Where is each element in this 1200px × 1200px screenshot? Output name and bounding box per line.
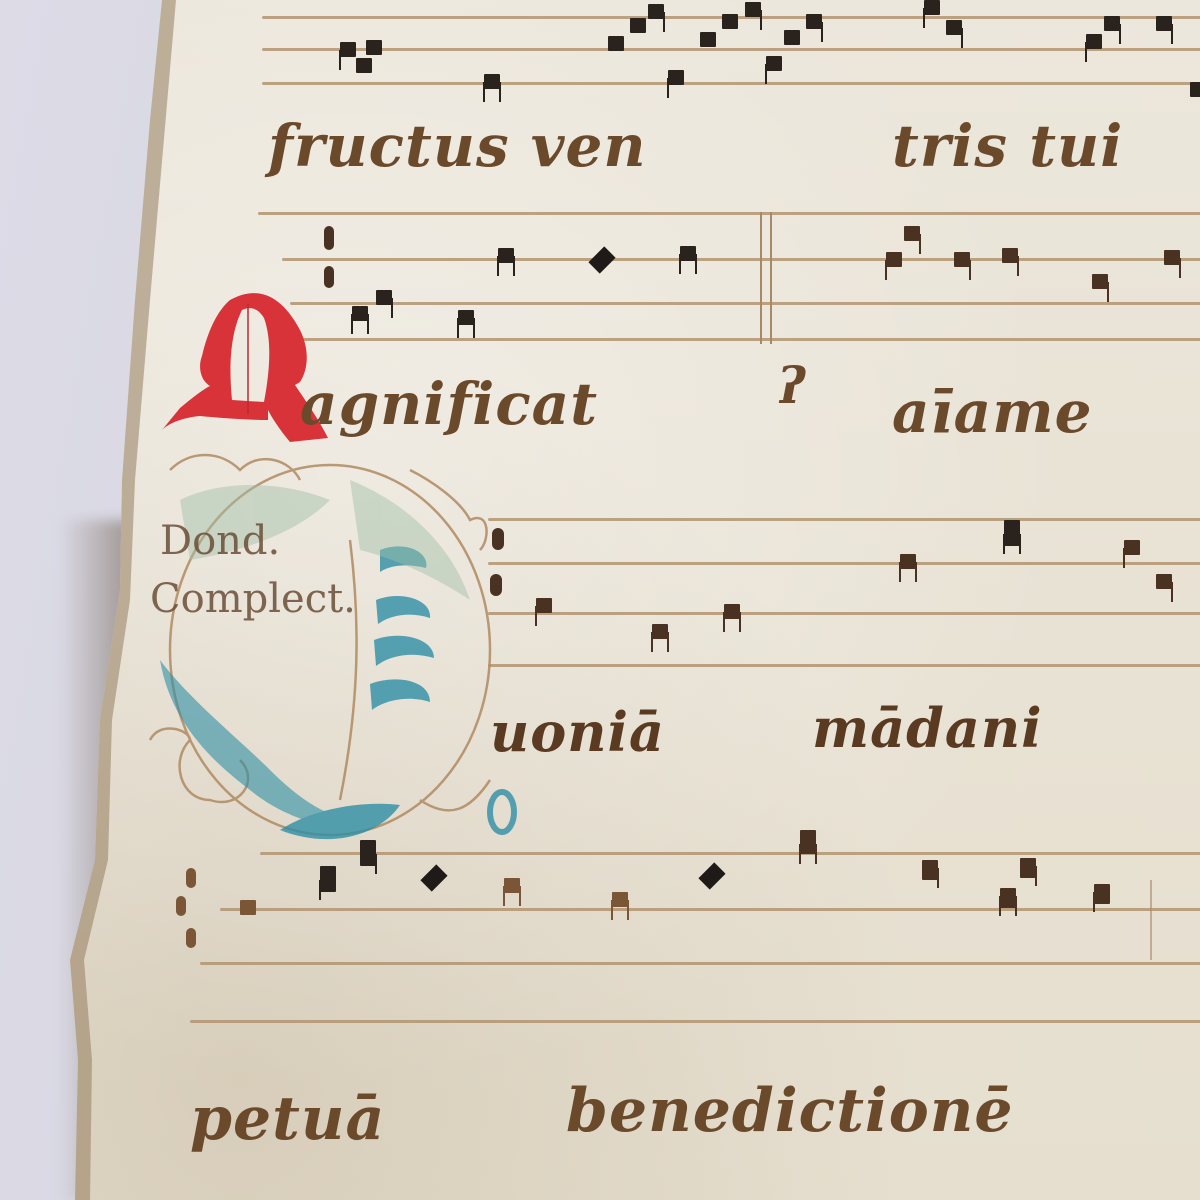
chant-note [1004,520,1020,546]
chant-note [680,246,696,261]
chant-note [1156,16,1172,31]
chant-note [484,74,500,89]
chant-diamond-note [588,246,615,273]
chant-note [946,20,962,35]
barline [770,212,772,344]
chant-note [240,900,256,915]
chant-note [366,40,382,55]
staff-line [300,338,1200,341]
lyric-quoniam: uoniā [490,700,665,764]
staff-line [488,562,1200,565]
chant-note [458,310,474,325]
lyric-tris-tui: tris tui [892,112,1123,180]
lyric-benedictionem: benedictionē [566,1076,1014,1146]
manuscript-leaf: fructus ven tris tui agnificat ʔ aīame [0,0,1200,1200]
chant-note [900,554,916,569]
chant-note [498,248,514,263]
chant-note [766,56,782,71]
clef [186,928,196,948]
clef [324,266,334,288]
chant-note [886,252,902,267]
chant-note [652,624,668,639]
chant-note [612,892,628,907]
chant-note [784,30,800,45]
chant-note [1020,858,1036,878]
staff-line [282,258,1200,261]
chant-note [724,604,740,619]
chant-note [648,4,664,19]
chant-note [608,36,624,51]
chant-note [320,866,336,892]
chant-note [360,840,376,866]
chant-note [745,2,761,17]
clef [324,226,334,250]
staff-line [488,612,1200,615]
chant-note [806,14,822,29]
decorated-initial-q-icon [130,440,530,860]
lyric-fructus-ven: fructus ven [268,112,647,180]
staff-line [258,212,1200,215]
lyric-mandavit: mādani [812,696,1043,760]
chant-note [1190,82,1200,97]
chant-note [1092,274,1108,289]
chant-note [954,252,970,267]
chant-note [376,290,392,305]
staff-line [262,82,1200,85]
staff-line [290,302,1200,305]
clef [186,868,196,888]
rubric-line-2: Complect. [150,576,356,622]
chant-note [1156,574,1172,589]
chant-note [1002,248,1018,263]
chant-note [536,598,552,613]
chant-diamond-note [420,864,447,891]
chant-note [340,42,356,57]
chant-note [352,306,368,321]
chant-note [668,70,684,85]
chant-note [1094,884,1110,904]
staff-line [220,908,1200,911]
chant-note [800,830,816,854]
lyric-perpetuam: petuā [190,1084,385,1154]
chant-note [700,32,716,47]
chant-note [904,226,920,241]
staff-line [488,664,1200,667]
chant-note [504,878,520,893]
clef [176,896,186,916]
lyric-magnificat: agnificat [300,370,598,438]
chant-note [722,14,738,29]
barline [760,212,762,344]
lyric-animam: aīame [892,378,1092,446]
chant-note [922,860,938,880]
staff-line [260,852,1200,855]
staff-line [190,1020,1200,1023]
chant-note [924,0,940,15]
chant-note [1086,34,1102,49]
rubric-line-1: Dond. [160,518,280,564]
chant-note [1104,16,1120,31]
staff-line [200,962,1200,965]
chant-note [1124,540,1140,555]
staff-line [488,518,1200,521]
chant-note [356,58,372,73]
barline [1150,880,1152,960]
staff-line [262,48,1200,51]
chant-note [1164,250,1180,265]
chant-diamond-note [698,862,725,889]
lyric-abbreviation-mark: ʔ [778,356,807,415]
chant-note [1000,888,1016,908]
chant-note [630,18,646,33]
